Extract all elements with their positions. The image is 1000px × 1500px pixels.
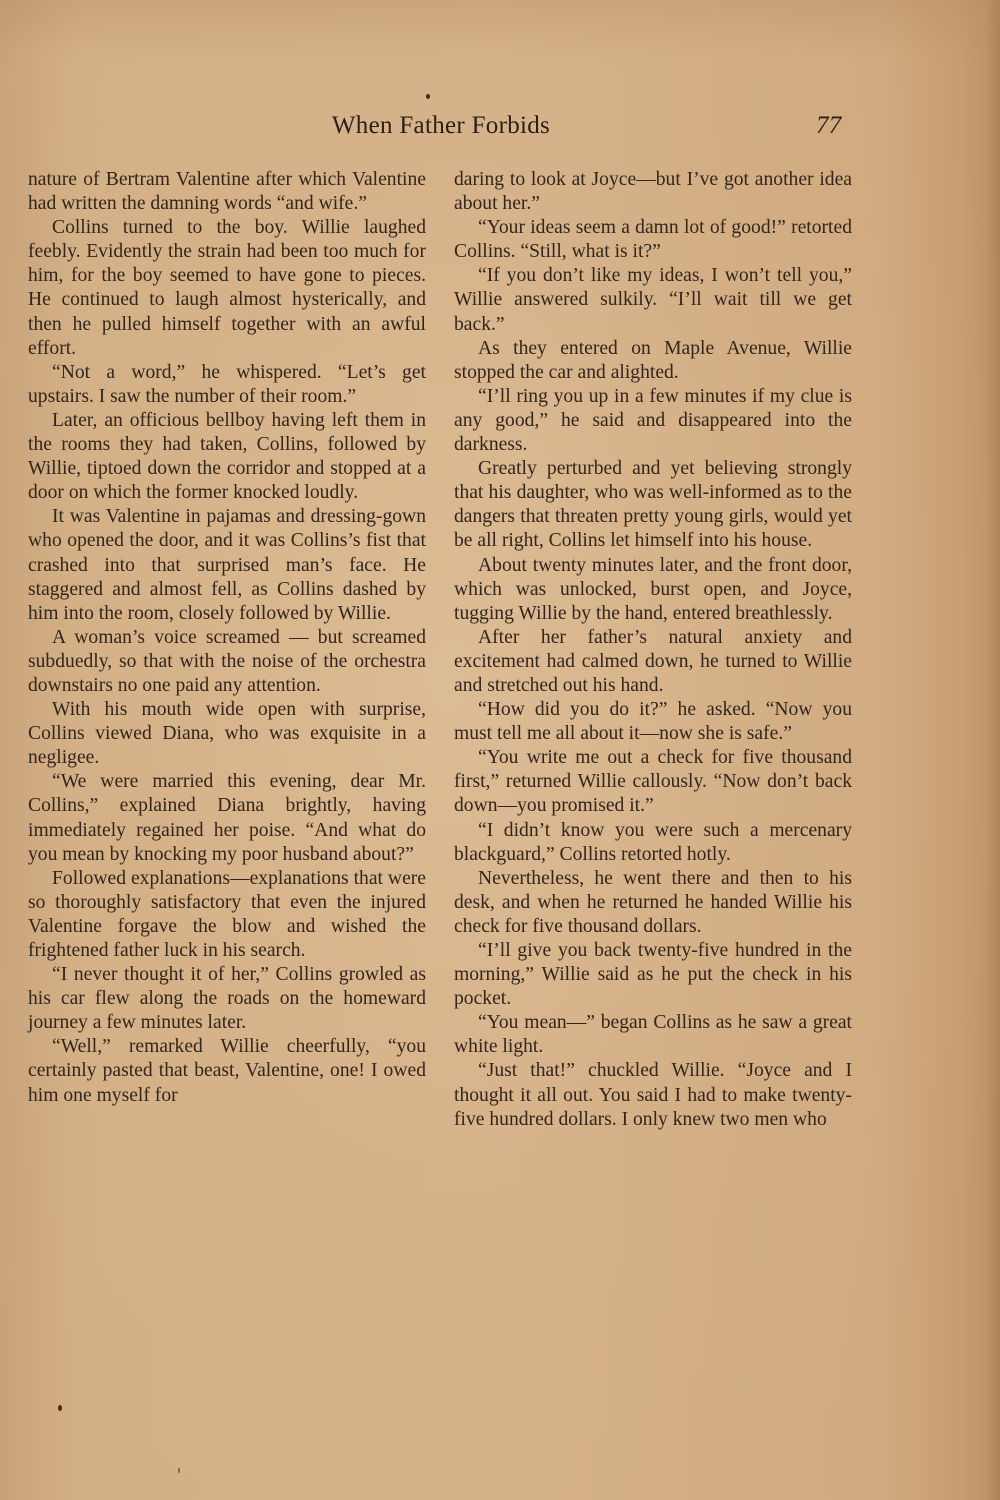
ink-speck [58,1405,62,1411]
paragraph: “You mean—” began Collins as he saw a gr… [454,1011,852,1059]
paragraph-continued: daring to look at Joyce—but I’ve got ano… [454,168,852,216]
paragraph: “If you don’t like my ideas, I won’t tel… [454,264,852,336]
paragraph: As they entered on Maple Avenue, Willie … [454,337,852,385]
paragraph: Later, an officious bellboy having left … [28,409,426,505]
text-column-right: daring to look at Joyce—but I’ve got ano… [454,168,852,1132]
paragraph: “I’ll ring you up in a few minutes if my… [454,385,852,457]
page-right-edge [986,0,1000,1500]
paragraph: “Well,” remarked Willie cheerfully, “you… [28,1035,426,1107]
ink-speck [178,1468,180,1473]
paragraph: Followed explanations—explanations that … [28,867,426,963]
text-column-left: nature of Bertram Valentine after which … [28,168,426,1108]
chapter-title: When Father Forbids [300,112,582,140]
paragraph: “I never thought it of her,” Collins gro… [28,963,426,1035]
paragraph: A woman’s voice screamed — but screamed … [28,626,426,698]
paragraph: It was Valentine in pajamas and dressing… [28,505,426,625]
paragraph: With his mouth wide open with sur­prise,… [28,698,426,770]
page-top-shading [0,0,1000,60]
book-page: When Father Forbids 77 nature of Bertram… [0,0,1000,1500]
paragraph: After her father’s natural anxiety and e… [454,626,852,698]
paragraph: About twenty minutes later, and the fron… [454,554,852,626]
paragraph: Greatly perturbed and yet believing stro… [454,457,852,553]
paragraph: “You write me out a check for five thous… [454,746,852,818]
paragraph: “We were married this evening, dear Mr. … [28,770,426,866]
ink-speck [426,94,430,99]
paragraph: “How did you do it?” he asked. “Now you … [454,698,852,746]
page-number: 77 [816,112,856,140]
paragraph: “I’ll give you back twenty-five hun­dred… [454,939,852,1011]
paragraph: “Not a word,” he whispered. “Let’s get u… [28,361,426,409]
paragraph-continued: nature of Bertram Valentine after which … [28,168,426,216]
paragraph: Collins turned to the boy. Willie laughe… [28,216,426,361]
paragraph: Nevertheless, he went there and then to … [454,867,852,939]
paragraph: “Your ideas seem a damn lot of good!” re… [454,216,852,264]
paragraph: “I didn’t know you were such a mer­cenar… [454,819,852,867]
paragraph: “Just that!” chuckled Willie. “Joyce and… [454,1059,852,1131]
